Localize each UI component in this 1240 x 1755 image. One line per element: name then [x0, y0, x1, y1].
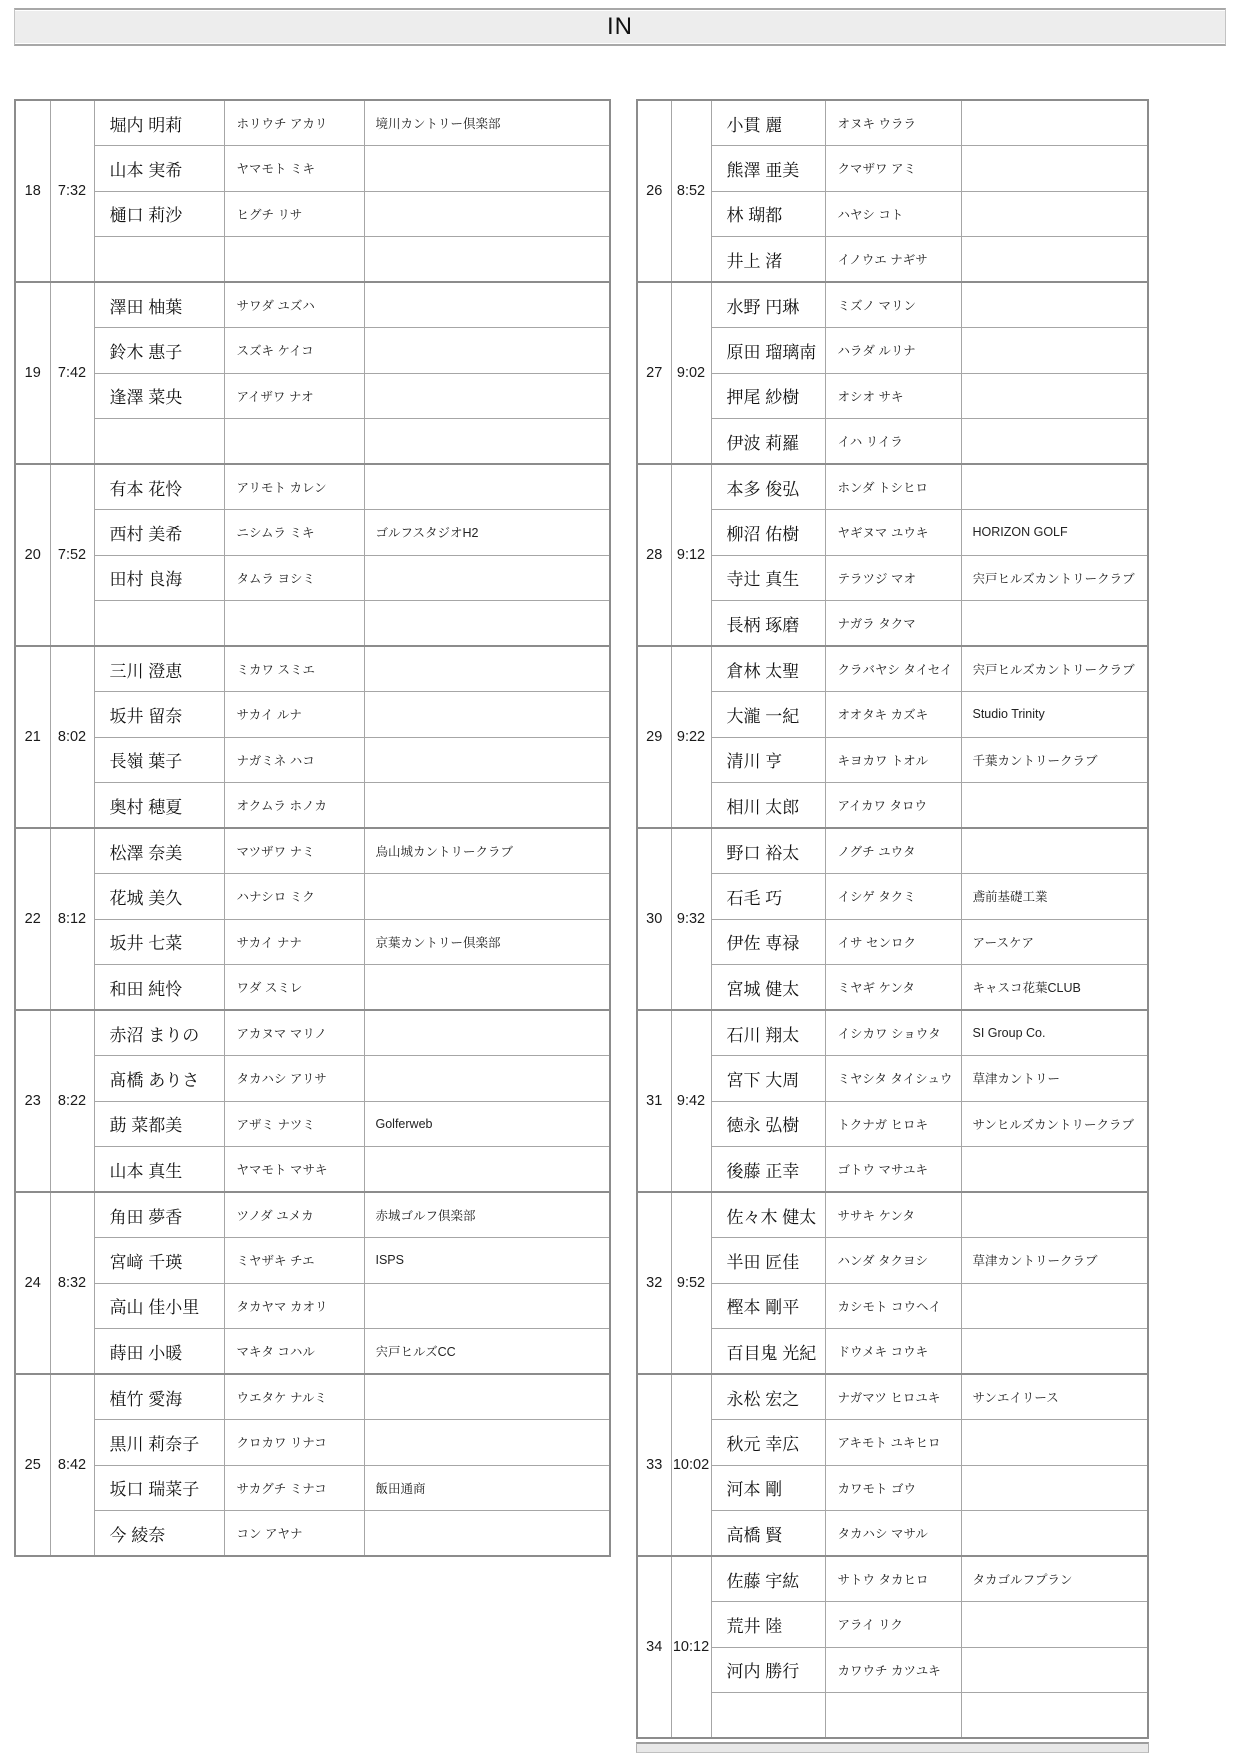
- player-name: 角田 夢香: [94, 1192, 224, 1238]
- player-row: [15, 601, 610, 647]
- player-name-kana: キヨカワ トオル: [825, 737, 961, 783]
- player-affiliation: [364, 555, 610, 601]
- player-name: 徳永 弘樹: [711, 1101, 825, 1147]
- player-row: 熊澤 亜美クマザワ アミ: [637, 146, 1148, 192]
- player-affiliation: Golferweb: [364, 1101, 610, 1147]
- player-name-kana: ハラダ ルリナ: [825, 328, 961, 374]
- player-name-kana: ミヤシタ タイシュウ: [825, 1056, 961, 1102]
- player-name: 西村 美希: [94, 510, 224, 556]
- player-affiliation: [961, 1192, 1148, 1238]
- player-row: 248:32角田 夢香ツノダ ユメカ赤城ゴルフ倶楽部: [15, 1192, 610, 1238]
- player-name: 松澤 奈美: [94, 828, 224, 874]
- player-row: 187:32堀内 明莉ホリウチ アカリ境川カントリー倶楽部: [15, 100, 610, 146]
- player-name: 植竹 愛海: [94, 1374, 224, 1420]
- player-name: 高橋 賢: [711, 1511, 825, 1557]
- player-name: 永松 宏之: [711, 1374, 825, 1420]
- player-affiliation: [961, 601, 1148, 647]
- player-row: 荒井 陸アライ リク: [637, 1602, 1148, 1648]
- player-row: 大瀧 一紀オオタキ カズキStudio Trinity: [637, 692, 1148, 738]
- player-name-kana: テラツジ マオ: [825, 555, 961, 601]
- player-affiliation: [961, 1693, 1148, 1739]
- player-affiliation: [364, 737, 610, 783]
- player-affiliation: [364, 965, 610, 1011]
- group-24: 248:32角田 夢香ツノダ ユメカ赤城ゴルフ倶楽部宮﨑 千瑛ミヤザキ チエIS…: [15, 1192, 610, 1374]
- player-name-kana: マキタ コハル: [224, 1329, 364, 1375]
- player-affiliation: [364, 1374, 610, 1420]
- player-affiliation: [364, 1147, 610, 1193]
- player-row: 樫本 剛平カシモト コウヘイ: [637, 1283, 1148, 1329]
- player-affiliation: [364, 146, 610, 192]
- player-row: 河内 勝行カワウチ カツユキ: [637, 1647, 1148, 1693]
- player-name: 長柄 琢磨: [711, 601, 825, 647]
- player-name: 河本 剛: [711, 1465, 825, 1511]
- player-row: [15, 419, 610, 465]
- player-row: 289:12本多 俊弘ホンダ トシヒロ: [637, 464, 1148, 510]
- player-row: 黒川 莉奈子クロカワ リナコ: [15, 1420, 610, 1466]
- player-name-kana: サトウ タカヒロ: [825, 1556, 961, 1602]
- player-row: 山本 真生ヤマモト マサキ: [15, 1147, 610, 1193]
- player-affiliation: 京葉カントリー倶楽部: [364, 919, 610, 965]
- pairing-sheet-page: IN 187:32堀内 明莉ホリウチ アカリ境川カントリー倶楽部山本 実希ヤマモ…: [0, 8, 1240, 1755]
- player-affiliation: 宍戸ヒルズCC: [364, 1329, 610, 1375]
- player-row: 268:52小貫 麗オヌキ ウララ: [637, 100, 1148, 146]
- player-affiliation: 宍戸ヒルズカントリークラブ: [961, 555, 1148, 601]
- player-name: 田村 良海: [94, 555, 224, 601]
- player-affiliation: [961, 146, 1148, 192]
- player-name: 坂井 留奈: [94, 692, 224, 738]
- player-name-kana: タムラ ヨシミ: [224, 555, 364, 601]
- player-row: 石毛 巧イシゲ タクミ鳶前基礎工業: [637, 874, 1148, 920]
- player-row: 西村 美希ニシムラ ミキゴルフスタジオH2: [15, 510, 610, 556]
- tee-time: 8:42: [50, 1374, 94, 1556]
- player-name: 石毛 巧: [711, 874, 825, 920]
- player-row: 宮城 健太ミヤギ ケンタキャスコ花葉CLUB: [637, 965, 1148, 1011]
- player-name-kana: ホリウチ アカリ: [224, 100, 364, 146]
- group-number: 31: [637, 1010, 671, 1192]
- player-name-kana: ヤギヌマ ユウキ: [825, 510, 961, 556]
- player-affiliation: Studio Trinity: [961, 692, 1148, 738]
- player-row: 相川 太郎アイカワ タロウ: [637, 783, 1148, 829]
- player-affiliation: [364, 783, 610, 829]
- player-name: 水野 円琳: [711, 282, 825, 328]
- player-affiliation: 草津カントリークラブ: [961, 1238, 1148, 1284]
- player-name-kana: サワダ ユズハ: [224, 282, 364, 328]
- player-name-kana: タカハシ アリサ: [224, 1056, 364, 1102]
- player-name: 花城 美久: [94, 874, 224, 920]
- player-name-kana: サカイ ルナ: [224, 692, 364, 738]
- player-name: 鈴木 惠子: [94, 328, 224, 374]
- player-row: 奥村 穂夏オクムラ ホノカ: [15, 783, 610, 829]
- player-affiliation: [364, 1420, 610, 1466]
- player-row: 宮下 大周ミヤシタ タイシュウ草津カントリー: [637, 1056, 1148, 1102]
- player-affiliation: [961, 1602, 1148, 1648]
- tee-time: 9:22: [671, 646, 711, 828]
- player-name: 三川 澄恵: [94, 646, 224, 692]
- player-name-kana: ツノダ ユメカ: [224, 1192, 364, 1238]
- player-name-kana: クマザワ アミ: [825, 146, 961, 192]
- group-25: 258:42植竹 愛海ウエタケ ナルミ黒川 莉奈子クロカワ リナコ坂口 瑞菜子サ…: [15, 1374, 610, 1556]
- player-row: 299:22倉林 太聖クラバヤシ タイセイ宍戸ヒルズカントリークラブ: [637, 646, 1148, 692]
- player-name: 今 綾奈: [94, 1511, 224, 1557]
- player-row: 山本 実希ヤマモト ミキ: [15, 146, 610, 192]
- player-name: 林 瑚都: [711, 191, 825, 237]
- player-name-kana: イシカワ ショウタ: [825, 1010, 961, 1056]
- group-30: 309:32野口 裕太ノグチ ユウタ石毛 巧イシゲ タクミ鳶前基礎工業伊佐 専禄…: [637, 828, 1148, 1010]
- player-name-kana: ミカワ スミエ: [224, 646, 364, 692]
- player-name: 荒井 陸: [711, 1602, 825, 1648]
- player-row: 百目鬼 光紀ドウメキ コウキ: [637, 1329, 1148, 1375]
- player-name: 寺辻 真生: [711, 555, 825, 601]
- player-name-kana: タカヤマ カオリ: [224, 1283, 364, 1329]
- group-21: 218:02三川 澄恵ミカワ スミエ坂井 留奈サカイ ルナ長嶺 葉子ナガミネ ハ…: [15, 646, 610, 828]
- group-number: 22: [15, 828, 50, 1010]
- player-name-kana: アライ リク: [825, 1602, 961, 1648]
- player-name-kana: クラバヤシ タイセイ: [825, 646, 961, 692]
- group-number: 18: [15, 100, 50, 282]
- player-affiliation: 千葉カントリークラブ: [961, 737, 1148, 783]
- player-affiliation: 烏山城カントリークラブ: [364, 828, 610, 874]
- tee-time: 7:42: [50, 282, 94, 464]
- group-20: 207:52有本 花怜アリモト カレン西村 美希ニシムラ ミキゴルフスタジオH2…: [15, 464, 610, 646]
- player-affiliation: [961, 419, 1148, 465]
- player-name-kana: ヒグチ リサ: [224, 191, 364, 237]
- player-affiliation: [364, 328, 610, 374]
- player-affiliation: [961, 1147, 1148, 1193]
- group-32: 329:52佐々木 健太ササキ ケンタ半田 匠佳ハンダ タクヨシ草津カントリーク…: [637, 1192, 1148, 1374]
- player-name-kana: オオタキ カズキ: [825, 692, 961, 738]
- player-name-kana: オクムラ ホノカ: [224, 783, 364, 829]
- player-name-kana: ササキ ケンタ: [825, 1192, 961, 1238]
- player-name-kana: オヌキ ウララ: [825, 100, 961, 146]
- player-affiliation: [961, 373, 1148, 419]
- group-number: 24: [15, 1192, 50, 1374]
- player-name-kana: [825, 1693, 961, 1739]
- group-number: 23: [15, 1010, 50, 1192]
- tee-time: 8:22: [50, 1010, 94, 1192]
- player-name-kana: カシモト コウヘイ: [825, 1283, 961, 1329]
- player-name: 小貫 麗: [711, 100, 825, 146]
- player-name-kana: ヤマモト ミキ: [224, 146, 364, 192]
- player-affiliation: [961, 828, 1148, 874]
- player-name: 樫本 剛平: [711, 1283, 825, 1329]
- player-row: 319:42石川 翔太イシカワ ショウタSI Group Co.: [637, 1010, 1148, 1056]
- player-affiliation: 境川カントリー倶楽部: [364, 100, 610, 146]
- player-name-kana: カワモト ゴウ: [825, 1465, 961, 1511]
- tee-time: 10:02: [671, 1374, 711, 1556]
- player-row: 高橋 賢タカハシ マサル: [637, 1511, 1148, 1557]
- player-name-kana: タカハシ マサル: [825, 1511, 961, 1557]
- player-name-kana: ナガラ タクマ: [825, 601, 961, 647]
- player-name-kana: ニシムラ ミキ: [224, 510, 364, 556]
- right-column: 268:52小貫 麗オヌキ ウララ熊澤 亜美クマザワ アミ林 瑚都ハヤシ コト井…: [636, 99, 1149, 1753]
- player-affiliation: 赤城ゴルフ倶楽部: [364, 1192, 610, 1238]
- player-row: 後藤 正幸ゴトウ マサユキ: [637, 1147, 1148, 1193]
- group-29: 299:22倉林 太聖クラバヤシ タイセイ宍戸ヒルズカントリークラブ大瀧 一紀オ…: [637, 646, 1148, 828]
- player-name: 大瀧 一紀: [711, 692, 825, 738]
- player-row: 逢澤 菜央アイザワ ナオ: [15, 373, 610, 419]
- tee-time: 9:42: [671, 1010, 711, 1192]
- group-number: 26: [637, 100, 671, 282]
- player-affiliation: [364, 373, 610, 419]
- player-name: 澤田 柚葉: [94, 282, 224, 328]
- player-affiliation: サンヒルズカントリークラブ: [961, 1101, 1148, 1147]
- player-row: 329:52佐々木 健太ササキ ケンタ: [637, 1192, 1148, 1238]
- group-number: 33: [637, 1374, 671, 1556]
- player-name-kana: [224, 601, 364, 647]
- player-affiliation: [364, 601, 610, 647]
- player-name-kana: ミズノ マリン: [825, 282, 961, 328]
- player-name-kana: ナガマツ ヒロユキ: [825, 1374, 961, 1420]
- pairing-table-right: 268:52小貫 麗オヌキ ウララ熊澤 亜美クマザワ アミ林 瑚都ハヤシ コト井…: [636, 99, 1149, 1739]
- player-name-kana: ウエタケ ナルミ: [224, 1374, 364, 1420]
- player-name: 黒川 莉奈子: [94, 1420, 224, 1466]
- tee-time: 7:32: [50, 100, 94, 282]
- player-name-kana: スズキ ケイコ: [224, 328, 364, 374]
- player-name-kana: ノグチ ユウタ: [825, 828, 961, 874]
- player-row: 樋口 莉沙ヒグチ リサ: [15, 191, 610, 237]
- player-row: 莇 菜都美アザミ ナツミGolferweb: [15, 1101, 610, 1147]
- group-27: 279:02水野 円琳ミズノ マリン原田 瑠璃南ハラダ ルリナ押尾 紗樹オシオ …: [637, 282, 1148, 464]
- player-name-kana: クロカワ リナコ: [224, 1420, 364, 1466]
- player-name: 野口 裕太: [711, 828, 825, 874]
- player-row: 坂井 七菜サカイ ナナ京葉カントリー倶楽部: [15, 919, 610, 965]
- player-affiliation: [364, 419, 610, 465]
- player-name: 逢澤 菜央: [94, 373, 224, 419]
- player-name-kana: ヤマモト マサキ: [224, 1147, 364, 1193]
- player-affiliation: [364, 692, 610, 738]
- player-row: 3310:02永松 宏之ナガマツ ヒロユキサンエイリース: [637, 1374, 1148, 1420]
- group-23: 238:22赤沼 まりのアカヌマ マリノ髙橋 ありさタカハシ アリサ莇 菜都美ア…: [15, 1010, 610, 1192]
- player-affiliation: [961, 100, 1148, 146]
- player-row: 長柄 琢磨ナガラ タクマ: [637, 601, 1148, 647]
- group-31: 319:42石川 翔太イシカワ ショウタSI Group Co.宮下 大周ミヤシ…: [637, 1010, 1148, 1192]
- group-number: 30: [637, 828, 671, 1010]
- player-name: 坂井 七菜: [94, 919, 224, 965]
- player-affiliation: [364, 1283, 610, 1329]
- player-name-kana: サカイ ナナ: [224, 919, 364, 965]
- player-row: 徳永 弘樹トクナガ ヒロキサンヒルズカントリークラブ: [637, 1101, 1148, 1147]
- group-number: 27: [637, 282, 671, 464]
- player-name: 井上 渚: [711, 237, 825, 283]
- group-number: 21: [15, 646, 50, 828]
- player-affiliation: [961, 282, 1148, 328]
- player-row: 井上 渚イノウエ ナギサ: [637, 237, 1148, 283]
- player-row: 207:52有本 花怜アリモト カレン: [15, 464, 610, 510]
- player-affiliation: 鳶前基礎工業: [961, 874, 1148, 920]
- player-affiliation: [961, 1329, 1148, 1375]
- player-name-kana: [224, 419, 364, 465]
- player-affiliation: [961, 783, 1148, 829]
- tee-time: 9:02: [671, 282, 711, 464]
- player-name-kana: ワダ スミレ: [224, 965, 364, 1011]
- player-row: 半田 匠佳ハンダ タクヨシ草津カントリークラブ: [637, 1238, 1148, 1284]
- player-row: 和田 純怜ワダ スミレ: [15, 965, 610, 1011]
- player-affiliation: [364, 1010, 610, 1056]
- player-row: 高山 佳小里タカヤマ カオリ: [15, 1283, 610, 1329]
- player-name-kana: イサ センロク: [825, 919, 961, 965]
- player-name: 奥村 穂夏: [94, 783, 224, 829]
- player-name-kana: アリモト カレン: [224, 464, 364, 510]
- player-name: 石川 翔太: [711, 1010, 825, 1056]
- player-affiliation: [961, 237, 1148, 283]
- player-affiliation: 草津カントリー: [961, 1056, 1148, 1102]
- player-row: 河本 剛カワモト ゴウ: [637, 1465, 1148, 1511]
- player-row: 伊佐 専禄イサ センロクアースケア: [637, 919, 1148, 965]
- player-affiliation: [364, 191, 610, 237]
- group-22: 228:12松澤 奈美マツザワ ナミ烏山城カントリークラブ花城 美久ハナシロ ミ…: [15, 828, 610, 1010]
- player-name: 宮下 大周: [711, 1056, 825, 1102]
- player-name: 蒔田 小暖: [94, 1329, 224, 1375]
- player-name: 堀内 明莉: [94, 100, 224, 146]
- player-affiliation: キャスコ花葉CLUB: [961, 965, 1148, 1011]
- player-name: [94, 237, 224, 283]
- group-number: 29: [637, 646, 671, 828]
- player-affiliation: サンエイリース: [961, 1374, 1148, 1420]
- player-affiliation: [961, 1283, 1148, 1329]
- player-name: 山本 真生: [94, 1147, 224, 1193]
- player-affiliation: タカゴルフプラン: [961, 1556, 1148, 1602]
- player-name-kana: ハヤシ コト: [825, 191, 961, 237]
- player-row: 今 綾奈コン アヤナ: [15, 1511, 610, 1557]
- player-affiliation: ISPS: [364, 1238, 610, 1284]
- player-name: 倉林 太聖: [711, 646, 825, 692]
- player-row: 258:42植竹 愛海ウエタケ ナルミ: [15, 1374, 610, 1420]
- tee-time: 8:52: [671, 100, 711, 282]
- player-row: 坂井 留奈サカイ ルナ: [15, 692, 610, 738]
- player-name-kana: イノウエ ナギサ: [825, 237, 961, 283]
- player-row: 柳沼 佑樹ヤギヌマ ユウキHORIZON GOLF: [637, 510, 1148, 556]
- player-name: 宮城 健太: [711, 965, 825, 1011]
- group-number: 19: [15, 282, 50, 464]
- player-name: 柳沼 佑樹: [711, 510, 825, 556]
- player-affiliation: [961, 1511, 1148, 1557]
- player-affiliation: 宍戸ヒルズカントリークラブ: [961, 646, 1148, 692]
- player-name-kana: コン アヤナ: [224, 1511, 364, 1557]
- group-number: 32: [637, 1192, 671, 1374]
- player-row: 238:22赤沼 まりのアカヌマ マリノ: [15, 1010, 610, 1056]
- player-name-kana: カワウチ カツユキ: [825, 1647, 961, 1693]
- player-name-kana: ハナシロ ミク: [224, 874, 364, 920]
- player-affiliation: [364, 464, 610, 510]
- player-name: 熊澤 亜美: [711, 146, 825, 192]
- player-row: 林 瑚都ハヤシ コト: [637, 191, 1148, 237]
- player-row: 田村 良海タムラ ヨシミ: [15, 555, 610, 601]
- player-name-kana: ミヤザキ チエ: [224, 1238, 364, 1284]
- player-row: 押尾 紗樹オシオ サキ: [637, 373, 1148, 419]
- player-row: 宮﨑 千瑛ミヤザキ チエISPS: [15, 1238, 610, 1284]
- player-name-kana: イシゲ タクミ: [825, 874, 961, 920]
- next-page-partial-bar: [636, 1742, 1149, 1753]
- player-row: 坂口 瑞菜子サカグチ ミナコ飯田通商: [15, 1465, 610, 1511]
- player-name: 有本 花怜: [94, 464, 224, 510]
- player-affiliation: [364, 874, 610, 920]
- group-34: 3410:12佐藤 宇紘サトウ タカヒロタカゴルフプラン荒井 陸アライ リク河内…: [637, 1556, 1148, 1738]
- player-name: 本多 俊弘: [711, 464, 825, 510]
- player-name: 相川 太郎: [711, 783, 825, 829]
- player-name: 原田 瑠璃南: [711, 328, 825, 374]
- player-name: 和田 純怜: [94, 965, 224, 1011]
- player-row: [15, 237, 610, 283]
- player-affiliation: [364, 1056, 610, 1102]
- player-name-kana: アカヌマ マリノ: [224, 1010, 364, 1056]
- group-26: 268:52小貫 麗オヌキ ウララ熊澤 亜美クマザワ アミ林 瑚都ハヤシ コト井…: [637, 100, 1148, 282]
- player-name-kana: イハ リイラ: [825, 419, 961, 465]
- player-affiliation: 飯田通商: [364, 1465, 610, 1511]
- player-name: 莇 菜都美: [94, 1101, 224, 1147]
- player-affiliation: SI Group Co.: [961, 1010, 1148, 1056]
- player-affiliation: HORIZON GOLF: [961, 510, 1148, 556]
- player-row: 197:42澤田 柚葉サワダ ユズハ: [15, 282, 610, 328]
- player-name: 坂口 瑞菜子: [94, 1465, 224, 1511]
- player-affiliation: ゴルフスタジオH2: [364, 510, 610, 556]
- tee-time: 8:02: [50, 646, 94, 828]
- player-name: 長嶺 葉子: [94, 737, 224, 783]
- player-name-kana: トクナガ ヒロキ: [825, 1101, 961, 1147]
- player-affiliation: [364, 237, 610, 283]
- player-row: 伊波 莉羅イハ リイラ: [637, 419, 1148, 465]
- player-affiliation: [961, 464, 1148, 510]
- player-affiliation: [961, 1465, 1148, 1511]
- group-number: 25: [15, 1374, 50, 1556]
- pairings-container: 187:32堀内 明莉ホリウチ アカリ境川カントリー倶楽部山本 実希ヤマモト ミ…: [0, 99, 1240, 1753]
- player-name: 秋元 幸広: [711, 1420, 825, 1466]
- player-row: 髙橋 ありさタカハシ アリサ: [15, 1056, 610, 1102]
- tee-time: 7:52: [50, 464, 94, 646]
- tee-time: 9:12: [671, 464, 711, 646]
- player-row: 原田 瑠璃南ハラダ ルリナ: [637, 328, 1148, 374]
- pairing-table-left: 187:32堀内 明莉ホリウチ アカリ境川カントリー倶楽部山本 実希ヤマモト ミ…: [14, 99, 611, 1557]
- player-name-kana: ゴトウ マサユキ: [825, 1147, 961, 1193]
- player-name: 佐々木 健太: [711, 1192, 825, 1238]
- group-number: 20: [15, 464, 50, 646]
- player-name: 山本 実希: [94, 146, 224, 192]
- player-name: 半田 匠佳: [711, 1238, 825, 1284]
- player-name-kana: オシオ サキ: [825, 373, 961, 419]
- player-affiliation: [961, 1420, 1148, 1466]
- tee-time: 9:32: [671, 828, 711, 1010]
- player-row: 蒔田 小暖マキタ コハル宍戸ヒルズCC: [15, 1329, 610, 1375]
- player-name: 清川 亨: [711, 737, 825, 783]
- player-affiliation: [364, 1511, 610, 1557]
- tee-time: 10:12: [671, 1556, 711, 1738]
- player-name-kana: アイザワ ナオ: [224, 373, 364, 419]
- group-28: 289:12本多 俊弘ホンダ トシヒロ柳沼 佑樹ヤギヌマ ユウキHORIZON …: [637, 464, 1148, 646]
- player-name: 佐藤 宇紘: [711, 1556, 825, 1602]
- player-row: 花城 美久ハナシロ ミク: [15, 874, 610, 920]
- player-name-kana: アイカワ タロウ: [825, 783, 961, 829]
- group-19: 197:42澤田 柚葉サワダ ユズハ鈴木 惠子スズキ ケイコ逢澤 菜央アイザワ …: [15, 282, 610, 464]
- player-affiliation: [961, 1647, 1148, 1693]
- player-name-kana: ドウメキ コウキ: [825, 1329, 961, 1375]
- player-name: 百目鬼 光紀: [711, 1329, 825, 1375]
- player-row: 279:02水野 円琳ミズノ マリン: [637, 282, 1148, 328]
- player-name: 高山 佳小里: [94, 1283, 224, 1329]
- player-name-kana: マツザワ ナミ: [224, 828, 364, 874]
- group-18: 187:32堀内 明莉ホリウチ アカリ境川カントリー倶楽部山本 実希ヤマモト ミ…: [15, 100, 610, 282]
- player-row: 228:12松澤 奈美マツザワ ナミ烏山城カントリークラブ: [15, 828, 610, 874]
- player-row: 寺辻 真生テラツジ マオ宍戸ヒルズカントリークラブ: [637, 555, 1148, 601]
- player-name: [94, 419, 224, 465]
- player-row: 長嶺 葉子ナガミネ ハコ: [15, 737, 610, 783]
- player-name-kana: アキモト ユキヒロ: [825, 1420, 961, 1466]
- player-name: 伊波 莉羅: [711, 419, 825, 465]
- player-name-kana: アザミ ナツミ: [224, 1101, 364, 1147]
- player-affiliation: [961, 328, 1148, 374]
- player-affiliation: [364, 646, 610, 692]
- player-name: 押尾 紗樹: [711, 373, 825, 419]
- player-row: 3410:12佐藤 宇紘サトウ タカヒロタカゴルフプラン: [637, 1556, 1148, 1602]
- section-header-bar: IN: [14, 8, 1226, 46]
